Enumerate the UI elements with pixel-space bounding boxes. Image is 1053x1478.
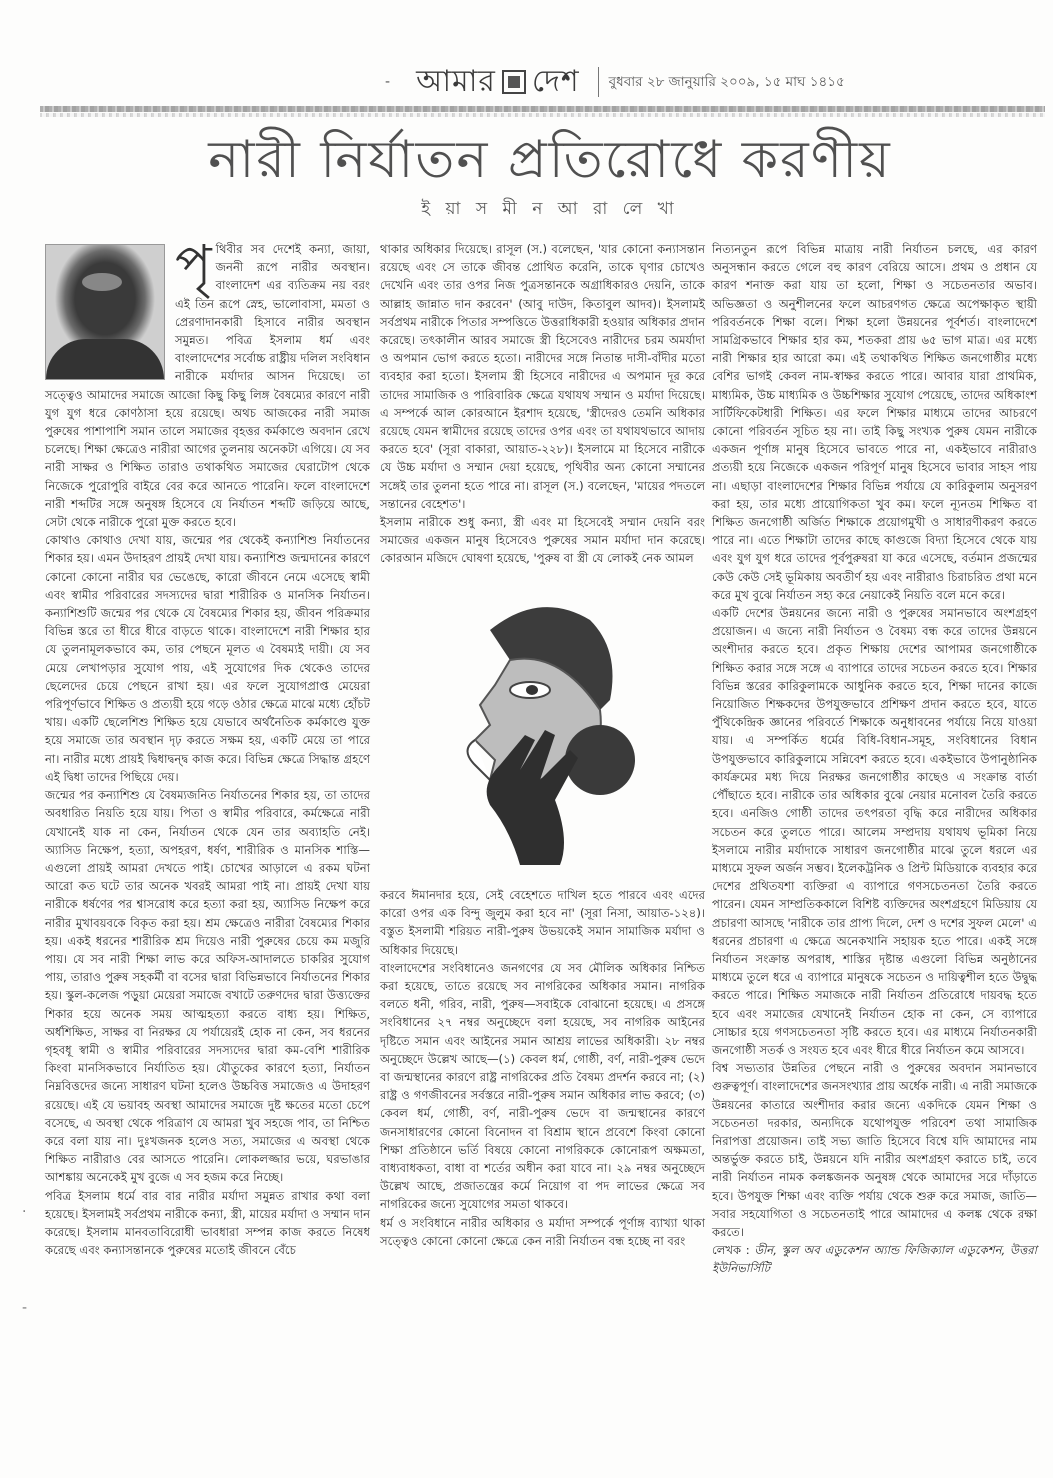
paragraph: ইসলাম নারীকে শুধু কন্যা, স্ত্রী এবং মা হ… xyxy=(380,513,705,568)
article-headline: নারী নির্যাতন প্রতিরোধে করণীয় xyxy=(150,124,950,196)
publication-date: বুধবার ২৮ জানুয়ারি ২০০৯, ১৫ মাঘ ১৪১৫ xyxy=(609,71,845,94)
paragraph: থাকার অধিকার দিয়েছে। রাসূল (স.) বলেছেন,… xyxy=(380,240,705,513)
paragraph: করবে ঈমানদার হয়ে, সেই বেহেশতে দাখিল হতে… xyxy=(380,886,705,959)
scan-mark: . xyxy=(22,1200,26,1216)
brand-right: দেশ xyxy=(532,57,580,108)
brand-square-icon xyxy=(502,70,526,94)
paragraph: নিত্যনতুন রূপে বিভিন্ন মাত্রায় নারী নির… xyxy=(712,240,1037,604)
author-note: লেখক : ডীন, স্কুল অব এডুকেশন অ্যান্ড ফিজ… xyxy=(712,1241,1037,1277)
masthead-separator xyxy=(598,67,599,97)
paragraph: একটি দেশের উন্নয়নের জন্যে নারী ও পুরুষে… xyxy=(712,604,1037,1059)
paragraph: ধর্ম ও সংবিধানে নারীর অধিকার ও মর্যাদা স… xyxy=(380,1214,705,1250)
woman-face-hand-icon xyxy=(420,590,660,870)
masthead-rule-shadow xyxy=(40,113,1045,117)
article-column-1: পৃ থিবীর সব দেশেই কন্যা, জায়া, জননী রূপ… xyxy=(45,240,370,1259)
article-column-2-bottom: করবে ঈমানদার হয়ে, সেই বেহেশতে দাখিল হতে… xyxy=(380,886,705,1250)
author-photo xyxy=(45,244,165,380)
paragraph: বাংলাদেশের সংবিধানেও জনগণের যে সব মৌলিক … xyxy=(380,959,705,1214)
paragraph: জন্মের পর কন্যাশিশু যে বৈষম্যজনিত নির্যা… xyxy=(45,786,370,1186)
scan-mark: - xyxy=(22,1300,27,1316)
drop-cap: পৃ xyxy=(175,240,212,290)
author-label: লেখক : xyxy=(712,1243,750,1257)
article-illustration xyxy=(420,590,660,870)
author-affiliation: ডীন, স্কুল অব এডুকেশন অ্যান্ড ফিজিক্যাল … xyxy=(712,1243,1037,1275)
paragraph: পবিত্র ইসলাম ধর্মে বার বার নারীর মর্যাদা… xyxy=(45,1187,370,1260)
newspaper-page: - আমার দেশ বুধবার ২৮ জানুয়ারি ২০০৯, ১৫ … xyxy=(0,0,1053,1478)
masthead: - আমার দেশ বুধবার ২৮ জানুয়ারি ২০০৯, ১৫ … xyxy=(385,62,945,102)
article-column-2-top: থাকার অধিকার দিয়েছে। রাসূল (স.) বলেছেন,… xyxy=(380,240,705,568)
paragraph: কোথাও কোথাও দেখা যায়, জন্মের পর থেকেই ক… xyxy=(45,531,370,786)
newspaper-brand: আমার দেশ xyxy=(416,57,580,108)
masthead-rule xyxy=(40,106,1045,112)
article-column-3: নিত্যনতুন রূপে বিভিন্ন মাত্রায় নারী নির… xyxy=(712,240,1037,1278)
article-byline: ই য়া স মী ন আ রা লে খা xyxy=(150,196,950,224)
paragraph: বিশ্ব সভ্যতার উন্নতির পেছনে নারী ও পুরুষ… xyxy=(712,1059,1037,1241)
masthead-dash: - xyxy=(385,74,390,90)
brand-left: আমার xyxy=(416,57,496,108)
